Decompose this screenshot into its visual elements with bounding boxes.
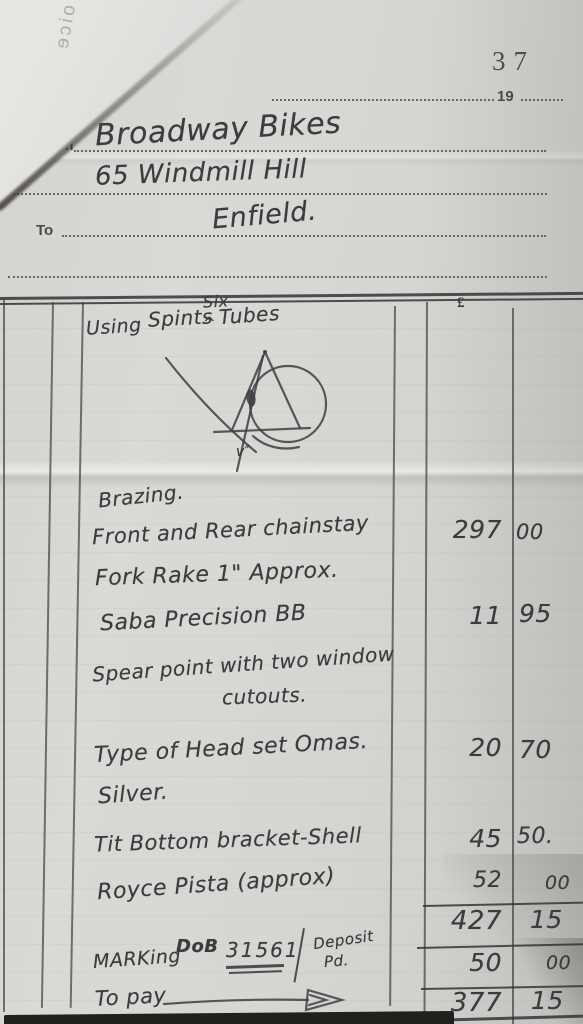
invoice-number: 37	[492, 46, 535, 77]
invoice-photo: Invoice 37 19 From Broadway Bikes 65 Win…	[0, 0, 583, 1024]
deposit-pounds: 50	[430, 948, 502, 977]
address-dotted-line	[8, 193, 547, 195]
item-pounds: 11	[430, 601, 502, 630]
deposit-pence: 00	[546, 952, 571, 974]
item-pence: 00	[516, 520, 544, 544]
item-desc-line2: cutouts.	[222, 683, 308, 710]
sketch-note: v″	[236, 444, 251, 460]
item-pounds: 297	[430, 515, 502, 544]
spec-word-using: Using	[85, 314, 142, 340]
spec-word-tubes: Tubes	[218, 301, 280, 329]
date-dotted-line	[272, 99, 494, 101]
subtotal-pounds: 427	[430, 906, 502, 936]
dob-label: DoB	[176, 936, 219, 957]
bike-frame-sketch	[150, 338, 410, 483]
item-pounds: 45	[430, 824, 502, 853]
year-label: 19	[497, 88, 514, 105]
subtotal-pence: 15	[530, 905, 563, 934]
dob-value: 31561	[226, 938, 300, 962]
item-pounds: 20	[430, 733, 502, 762]
item-pounds: 52	[430, 868, 502, 893]
item-pence: 50.	[517, 824, 554, 849]
table-vline-pence	[512, 308, 514, 1024]
to-pay-pence: 15	[531, 986, 564, 1015]
table-vline-left-edge	[3, 300, 5, 1012]
deposit-word-2: Pd.	[323, 951, 349, 971]
item-pence: 00	[545, 872, 570, 894]
to-dotted-line	[62, 235, 546, 237]
item-pence: 70	[519, 735, 552, 764]
item-pence: 95	[519, 599, 552, 628]
currency-symbol: £	[457, 295, 465, 312]
date-dotted-line-end	[521, 99, 563, 101]
extra-dotted-line	[8, 276, 547, 278]
to-pay-label: To pay	[94, 983, 167, 1011]
item-desc-line2: Silver.	[97, 780, 169, 810]
to-label: To	[36, 222, 53, 239]
spec-caret: ^	[203, 314, 216, 332]
